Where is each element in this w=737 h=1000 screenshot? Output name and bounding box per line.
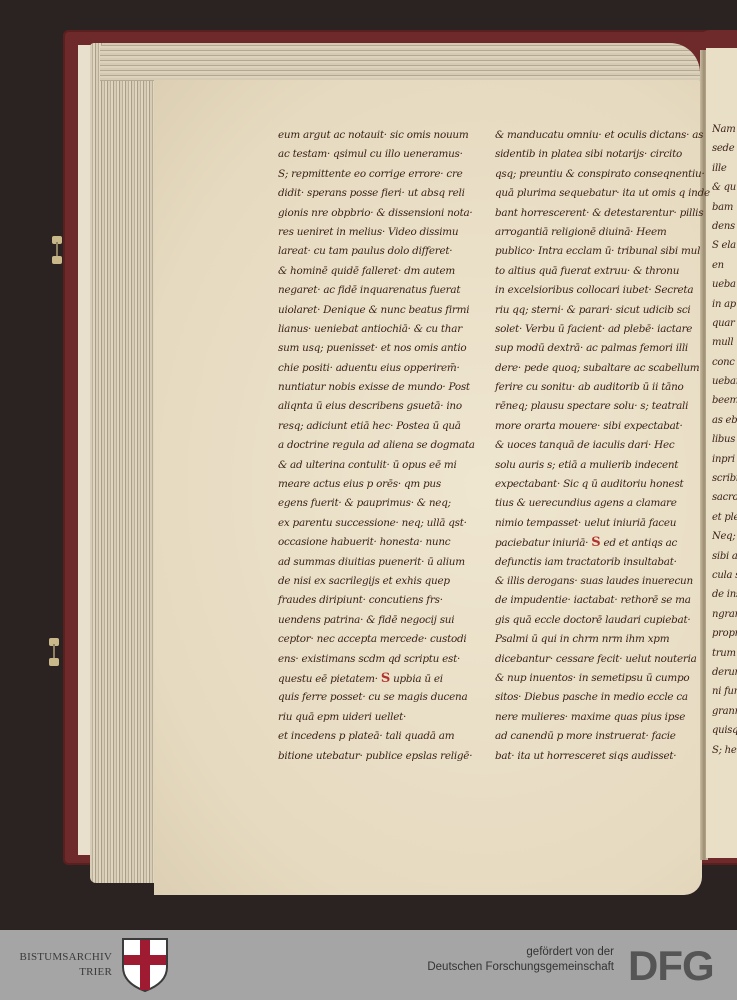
- manuscript-line: sibi ad: [712, 547, 737, 566]
- footer-bar: BISTUMSARCHIV TRIER gefördert von der De…: [0, 930, 737, 1000]
- manuscript-line: to altius quā fuerat extruu· & thronu: [495, 262, 705, 281]
- manuscript-line: expectabant· Sic q ū auditoriu honest: [495, 475, 705, 494]
- manuscript-line: in ap: [712, 295, 737, 314]
- manuscript-line: sitos· Diebus pasche in medio eccle ca: [495, 688, 705, 707]
- manuscript-line: de inse: [712, 585, 737, 604]
- manuscript-line: fraudes diripiunt· concutiens frs·: [278, 591, 496, 610]
- archive-name-line1: BISTUMSARCHIV: [12, 950, 112, 965]
- manuscript-line: uebam: [712, 372, 737, 391]
- manuscript-line: de impudentie· iactabat· rethorē se ma: [495, 591, 705, 610]
- manuscript-line: Neq;: [712, 527, 737, 546]
- manuscript-line: negaret· ac fidē inquarenatus fuerat: [278, 281, 496, 300]
- manuscript-line: beem: [712, 391, 737, 410]
- manuscript-line: & ad ulterina contulit· ū opus eē mi: [278, 456, 496, 475]
- manuscript-line: as eb: [712, 411, 737, 430]
- manuscript-line: chie positi· aduentu eius opperirem̄·: [278, 359, 496, 378]
- manuscript-line-tail: upbia ū ei: [390, 673, 443, 685]
- manuscript-scan: eum argut ac notauit· sic omis nouumac t…: [0, 0, 737, 930]
- manuscript-line: Nam: [712, 120, 737, 139]
- manuscript-line: uendens patrina· & fidē negocij sui: [278, 611, 496, 630]
- clasp-icon: [49, 638, 59, 666]
- manuscript-line: ad summas diuitias puenerit· ū alium: [278, 553, 496, 572]
- manuscript-line: eum argut ac notauit· sic omis nouum: [278, 126, 496, 145]
- manuscript-line: quis ferre posset· cu se magis ducena: [278, 688, 496, 707]
- manuscript-line: granni: [712, 702, 737, 721]
- manuscript-line: arrogantiā religionē diuinā· Heem: [495, 223, 705, 242]
- manuscript-line: S ela: [712, 236, 737, 255]
- manuscript-line: et incedens p plateā· tali quadā am: [278, 727, 496, 746]
- text-column-facing-page: Namsedeille& qubamdensS elaenuebain apqu…: [712, 120, 737, 760]
- manuscript-line: questu eē pietatem· S upbia ū ei: [278, 669, 496, 688]
- archive-name: BISTUMSARCHIV TRIER: [12, 950, 112, 980]
- manuscript-line: ens· existimans scdm qd scriptu est·: [278, 650, 496, 669]
- manuscript-line: de nisi ex sacrilegijs et exhis quep: [278, 572, 496, 591]
- manuscript-line: riu qq; sterni· & parari· sicut udicib s…: [495, 301, 705, 320]
- manuscript-line: & qu: [712, 178, 737, 197]
- manuscript-line: sede: [712, 139, 737, 158]
- manuscript-line: rēneq; plausu spectare solu· s; teatrali: [495, 397, 705, 416]
- manuscript-line: en: [712, 256, 737, 275]
- manuscript-line: libus: [712, 430, 737, 449]
- manuscript-line: & illis derogans· suas laudes inuerecun: [495, 572, 705, 591]
- page-stack-left: [90, 43, 156, 883]
- manuscript-line: egens fuerit· & pauprimus· & neq;: [278, 494, 496, 513]
- manuscript-line: paciebatur iniuriā· S ed et antiqs ac: [495, 533, 705, 552]
- text-column-left: eum argut ac notauit· sic omis nouumac t…: [278, 126, 496, 766]
- manuscript-line: bam: [712, 198, 737, 217]
- manuscript-line: bant horrescerent· & detestarentur· pill…: [495, 204, 705, 223]
- manuscript-line: in excelsioribus collocari iubet· Secret…: [495, 281, 705, 300]
- manuscript-line: tius & uerecundius agens a clamare: [495, 494, 705, 513]
- manuscript-line: & hominē quidē falleret· dm autem: [278, 262, 496, 281]
- manuscript-line: ex parentu successione· neq; ullā qst·: [278, 514, 496, 533]
- funding-notice: gefördert von der Deutschen Forschungsge…: [427, 945, 614, 975]
- manuscript-line: et pleb: [712, 508, 737, 527]
- funding-line1: gefördert von der: [427, 945, 614, 960]
- manuscript-line: aliqnta ū eius describens gsuetā· ino: [278, 397, 496, 416]
- manuscript-line: nimio tempasset· uelut iniuriā faceu: [495, 514, 705, 533]
- manuscript-line: sacro: [712, 488, 737, 507]
- manuscript-line: sup modū dextrā· ac palmas femori illi: [495, 339, 705, 358]
- manuscript-line: sidentib in platea sibi notarijs· circit…: [495, 145, 705, 164]
- manuscript-line: riu quā epm uideri uellet·: [278, 708, 496, 727]
- manuscript-line: gionis nre obpbrio· & dissensioni nota·: [278, 204, 496, 223]
- manuscript-line: mull: [712, 333, 737, 352]
- manuscript-line-tail: ed et antiqs ac: [600, 537, 677, 549]
- funding-line2: Deutschen Forschungsgemeinschaft: [427, 960, 614, 975]
- dfg-logo: DFG: [628, 948, 728, 984]
- manuscript-line: & nup inuentos· in semetipsu ū cumpo: [495, 669, 705, 688]
- archive-name-line2: TRIER: [12, 965, 112, 980]
- manuscript-line: defunctis iam tractatorib insultabat·: [495, 553, 705, 572]
- manuscript-line: cula se: [712, 566, 737, 585]
- manuscript-line: dicebantur· cessare fecit· uelut nouteri…: [495, 650, 705, 669]
- manuscript-line: ni fun: [712, 682, 737, 701]
- manuscript-line: dens: [712, 217, 737, 236]
- manuscript-line: quar: [712, 314, 737, 333]
- manuscript-line: nere mulieres· maxime quas pius ipse: [495, 708, 705, 727]
- manuscript-line: more orarta mouere· sibi expectabat·: [495, 417, 705, 436]
- manuscript-line: solet· Verbu ū facient· ad plebē· iactar…: [495, 320, 705, 339]
- manuscript-line: bitione utebatur· publice epslas religē·: [278, 747, 496, 766]
- manuscript-line: occasione habuerit· honesta· nunc: [278, 533, 496, 552]
- manuscript-line: ueba: [712, 275, 737, 294]
- manuscript-line: scribi: [712, 469, 737, 488]
- manuscript-line: qsq; preuntiu & conspirato conseqnentiu·: [495, 165, 705, 184]
- page-stack-top: [100, 43, 700, 81]
- manuscript-line: ceptor· nec accepta mercede· custodi: [278, 630, 496, 649]
- manuscript-line: gis quā eccle doctorē laudari cupiebat·: [495, 611, 705, 630]
- manuscript-line: nuntiatur nobis exisse de mundo· Post: [278, 378, 496, 397]
- trier-shield-icon: [121, 937, 169, 993]
- manuscript-line: ad canendū p more instruerat· facie: [495, 727, 705, 746]
- manuscript-line: solu auris s; etiā a mulierib indecent: [495, 456, 705, 475]
- rubricated-initial: S: [381, 671, 390, 686]
- manuscript-line: res ueniret in melius· Video dissimu: [278, 223, 496, 242]
- manuscript-line: uiolaret· Denique & nunc beatus firmi: [278, 301, 496, 320]
- manuscript-line: ngran: [712, 605, 737, 624]
- manuscript-line: bat· ita ut horresceret siqs audisset·: [495, 747, 705, 766]
- manuscript-line: lianus· ueniebat antiochiā· & cu thar: [278, 320, 496, 339]
- manuscript-line: inpri: [712, 450, 737, 469]
- manuscript-line: lareat· cu tam paulus dolo differet·: [278, 242, 496, 261]
- manuscript-line: dere· pede quoq; subaltare ac scabellum: [495, 359, 705, 378]
- manuscript-line: proprio: [712, 624, 737, 643]
- manuscript-line: ac testam· qsimul cu illo ueneramus·: [278, 145, 496, 164]
- manuscript-line: ille: [712, 159, 737, 178]
- manuscript-line: & uoces tanquā de iaculis dari· Hec: [495, 436, 705, 455]
- manuscript-line: a doctrine regula ad aliena se dogmata: [278, 436, 496, 455]
- right-cover-edge: [700, 30, 737, 50]
- manuscript-line: didit· sperans posse fieri· ut absq reli: [278, 184, 496, 203]
- manuscript-line: derum: [712, 663, 737, 682]
- manuscript-line: meare actus eius p orēs· qm pus: [278, 475, 496, 494]
- clasp-icon: [52, 236, 62, 264]
- manuscript-line: sum usq; puenisset· et nos omis antio: [278, 339, 496, 358]
- manuscript-line: ferire cu sonitu· ab auditorib ū ii tāno: [495, 378, 705, 397]
- manuscript-line: Psalmi ū qui in chrm nrm ihm xpm: [495, 630, 705, 649]
- manuscript-line: & manducatu omniu· et oculis dictans· as: [495, 126, 705, 145]
- manuscript-line: resq; adiciunt etiā hec· Postea ū quā: [278, 417, 496, 436]
- manuscript-line: publico· Intra ecclam ū· tribunal sibi m…: [495, 242, 705, 261]
- manuscript-line: S; hec: [712, 741, 737, 760]
- manuscript-line: quā plurima sequebatur· ita ut omis q in…: [495, 184, 705, 203]
- manuscript-line: conc: [712, 353, 737, 372]
- manuscript-line: quisqu: [712, 721, 737, 740]
- manuscript-line: trum co: [712, 644, 737, 663]
- manuscript-line: S; repmittente eo corrige errore· cre: [278, 165, 496, 184]
- text-column-right: & manducatu omniu· et oculis dictans· as…: [495, 126, 705, 766]
